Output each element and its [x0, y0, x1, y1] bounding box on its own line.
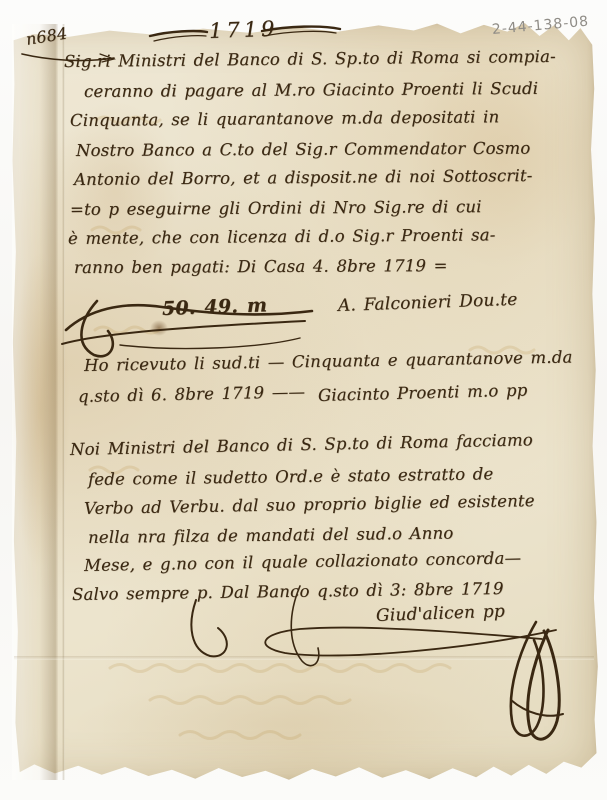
letter-line: è mente, che con licenza di d.o Sig.r Pr…: [68, 225, 496, 248]
document-scan: 2-44-138-08 n684 1719 Sig.ri Ministri de…: [0, 0, 607, 800]
letter-line: Nostro Banco a C.to del Sig.r Commendato…: [76, 139, 531, 160]
amount-value: 50. 49. m: [162, 294, 268, 320]
letter-line: ranno ben pagati: Di Casa 4. 8bre 1719 =: [74, 256, 448, 277]
letter-line: Antonio del Borro, et a disposit.ne di n…: [74, 166, 533, 189]
letter-line: =to p eseguirne gli Ordini di Nro Sig.re…: [70, 197, 482, 219]
letter-line: ceranno di pagare al M.ro Giacinto Proen…: [84, 79, 538, 101]
letter-line: Cinquanta, se li quarantanove m.da depos…: [70, 107, 500, 130]
year-header: 1719: [209, 17, 279, 43]
